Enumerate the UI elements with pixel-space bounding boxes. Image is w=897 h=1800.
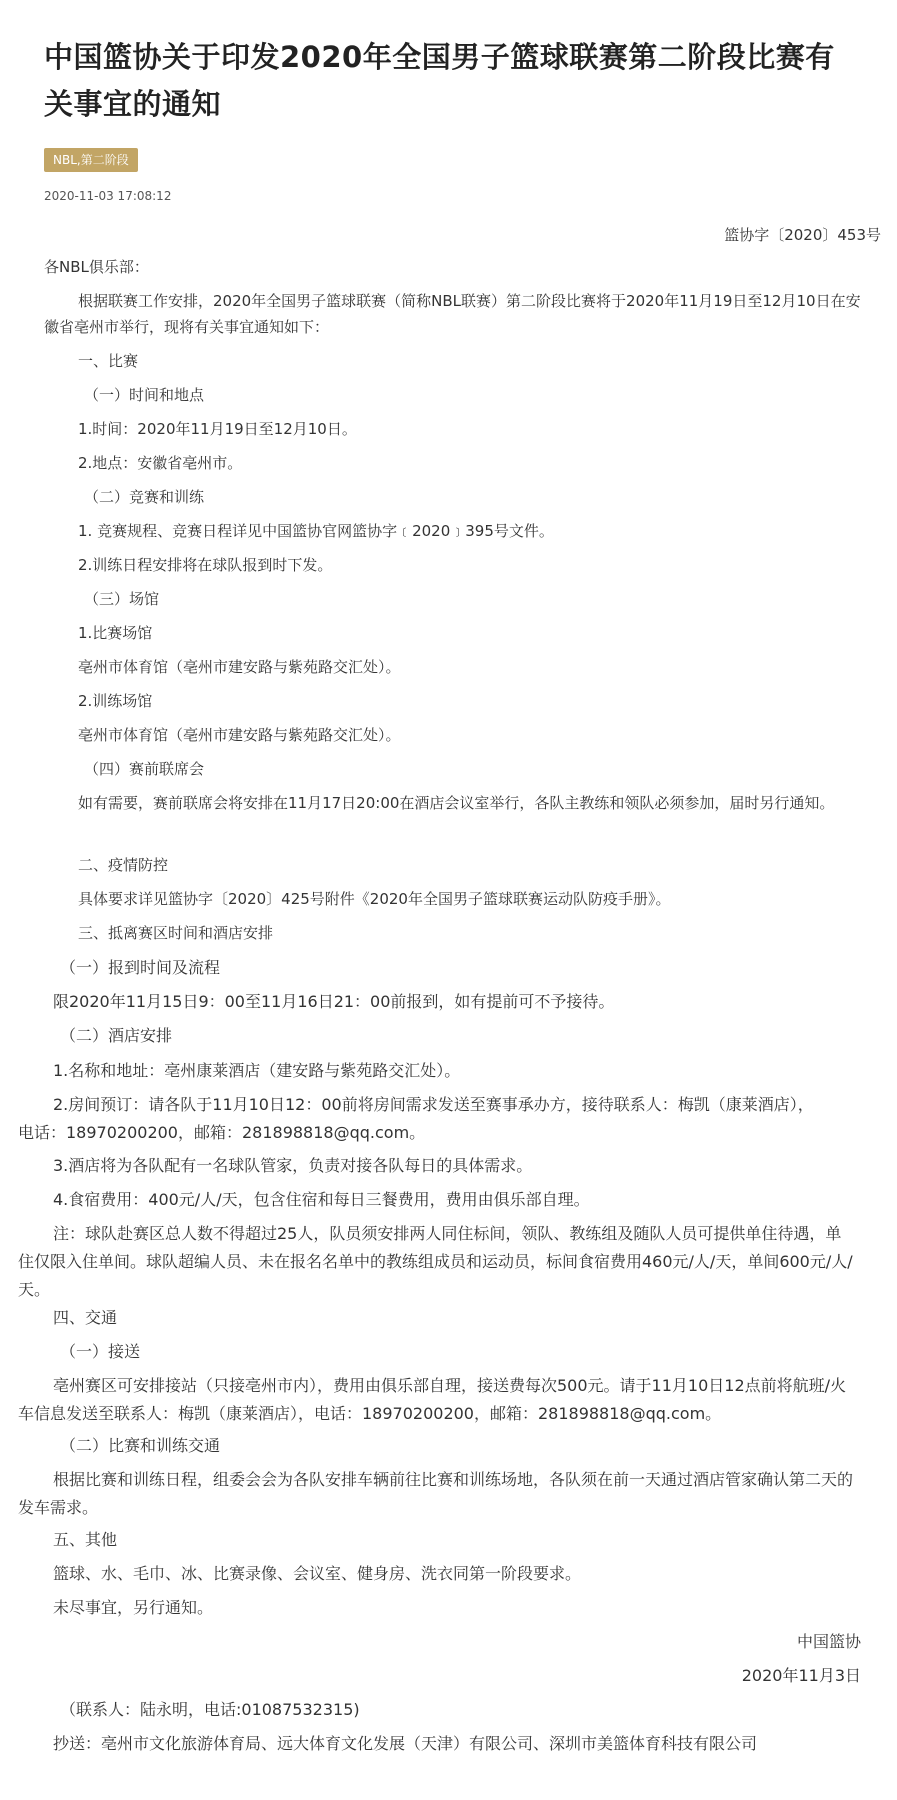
section-heading: 四、交通 xyxy=(53,1304,117,1332)
cc-list: 抄送：亳州市文化旅游体育局、远大体育文化发展（天津）有限公司、深圳市美篮体育科技… xyxy=(53,1730,757,1758)
subsection-heading: （一）报到时间及流程 xyxy=(60,954,220,982)
subsection-heading: （四）赛前联席会 xyxy=(84,756,204,782)
subsection-heading: （一）时间和地点 xyxy=(84,382,204,408)
subsection-heading: （一）接送 xyxy=(60,1338,140,1366)
section-heading: 三、抵离赛区时间和酒店安排 xyxy=(78,920,273,946)
paragraph: 4.食宿费用：400元/人/天，包含住宿和每日三餐费用，费用由俱乐部自理。 xyxy=(53,1186,590,1214)
section-heading: 一、比赛 xyxy=(78,348,138,374)
subsection-heading: （二）竞赛和训练 xyxy=(84,484,204,510)
paragraph: 篮球、水、毛巾、冰、比赛录像、会议室、健身房、洗衣同第一阶段要求。 xyxy=(53,1560,581,1588)
paragraph: 未尽事宜，另行通知。 xyxy=(53,1594,213,1622)
paragraph: 1. 竞赛规程、竞赛日程详见中国篮协官网篮协字﹝2020﹞395号文件。 xyxy=(78,518,554,544)
paragraph: 亳州市体育馆（亳州市建安路与紫苑路交汇处）。 xyxy=(78,654,401,680)
paragraph: 亳州赛区可安排接站（只接亳州市内），费用由俱乐部自理，接送费每次500元。请于1… xyxy=(18,1372,853,1428)
paragraph: 如有需要，赛前联席会将安排在11月17日20:00在酒店会议室举行，各队主教练和… xyxy=(44,790,884,816)
category-tag[interactable]: NBL,第二阶段 xyxy=(44,148,138,172)
section-heading: 五、其他 xyxy=(53,1526,117,1554)
subsection-heading: （二）酒店安排 xyxy=(60,1022,172,1050)
paragraph: 1.名称和地址：亳州康莱酒店（建安路与紫苑路交汇处）。 xyxy=(53,1057,460,1085)
paragraph: 3.酒店将为各队配有一名球队管家，负责对接各队每日的具体需求。 xyxy=(53,1152,532,1180)
signature: 中国篮协 xyxy=(797,1628,861,1656)
contact-info: （联系人：陆永明，电话:01087532315) xyxy=(60,1696,360,1724)
paragraph: 注：球队赴赛区总人数不得超过25人，队员须安排两人同住标间，领队、教练组及随队人… xyxy=(18,1220,853,1304)
section-heading: 二、疫情防控 xyxy=(78,852,168,878)
subsection-heading: （二）比赛和训练交通 xyxy=(60,1432,220,1460)
paragraph: 2.训练场馆 xyxy=(78,688,152,714)
signature-date: 2020年11月3日 xyxy=(742,1662,861,1690)
subsection-heading: （三）场馆 xyxy=(84,586,159,612)
document-number: 篮协字〔2020〕453号 xyxy=(724,222,881,248)
paragraph: 根据比赛和训练日程，组委会会为各队安排车辆前往比赛和训练场地，各队须在前一天通过… xyxy=(18,1466,853,1522)
paragraph: 2.地点：安徽省亳州市。 xyxy=(78,450,242,476)
article-page: 中国篮协关于印发2020年全国男子篮球联赛第二阶段比赛有关事宜的通知 NBL,第… xyxy=(0,0,897,1800)
paragraph: 2.训练日程安排将在球队报到时下发。 xyxy=(78,552,332,578)
paragraph: 具体要求详见篮协字〔2020〕425号附件《2020年全国男子篮球联赛运动队防疫… xyxy=(78,886,670,912)
salutation: 各NBL俱乐部： xyxy=(44,254,149,280)
publish-datetime: 2020-11-03 17:08:12 xyxy=(44,188,171,204)
paragraph: 亳州市体育馆（亳州市建安路与紫苑路交汇处）。 xyxy=(78,722,401,748)
paragraph: 1.比赛场馆 xyxy=(78,620,152,646)
paragraph: 2.房间预订：请各队于11月10日12：00前将房间需求发送至赛事承办方，接待联… xyxy=(18,1091,823,1147)
paragraph: 限2020年11月15日9：00至11月16日21：00前报到，如有提前可不予接… xyxy=(53,988,614,1016)
intro-paragraph: 根据联赛工作安排，2020年全国男子篮球联赛（简称NBL联赛）第二阶段比赛将于2… xyxy=(44,288,874,340)
article-title: 中国篮协关于印发2020年全国男子篮球联赛第二阶段比赛有关事宜的通知 xyxy=(44,34,864,128)
paragraph: 1.时间：2020年11月19日至12月10日。 xyxy=(78,416,357,442)
